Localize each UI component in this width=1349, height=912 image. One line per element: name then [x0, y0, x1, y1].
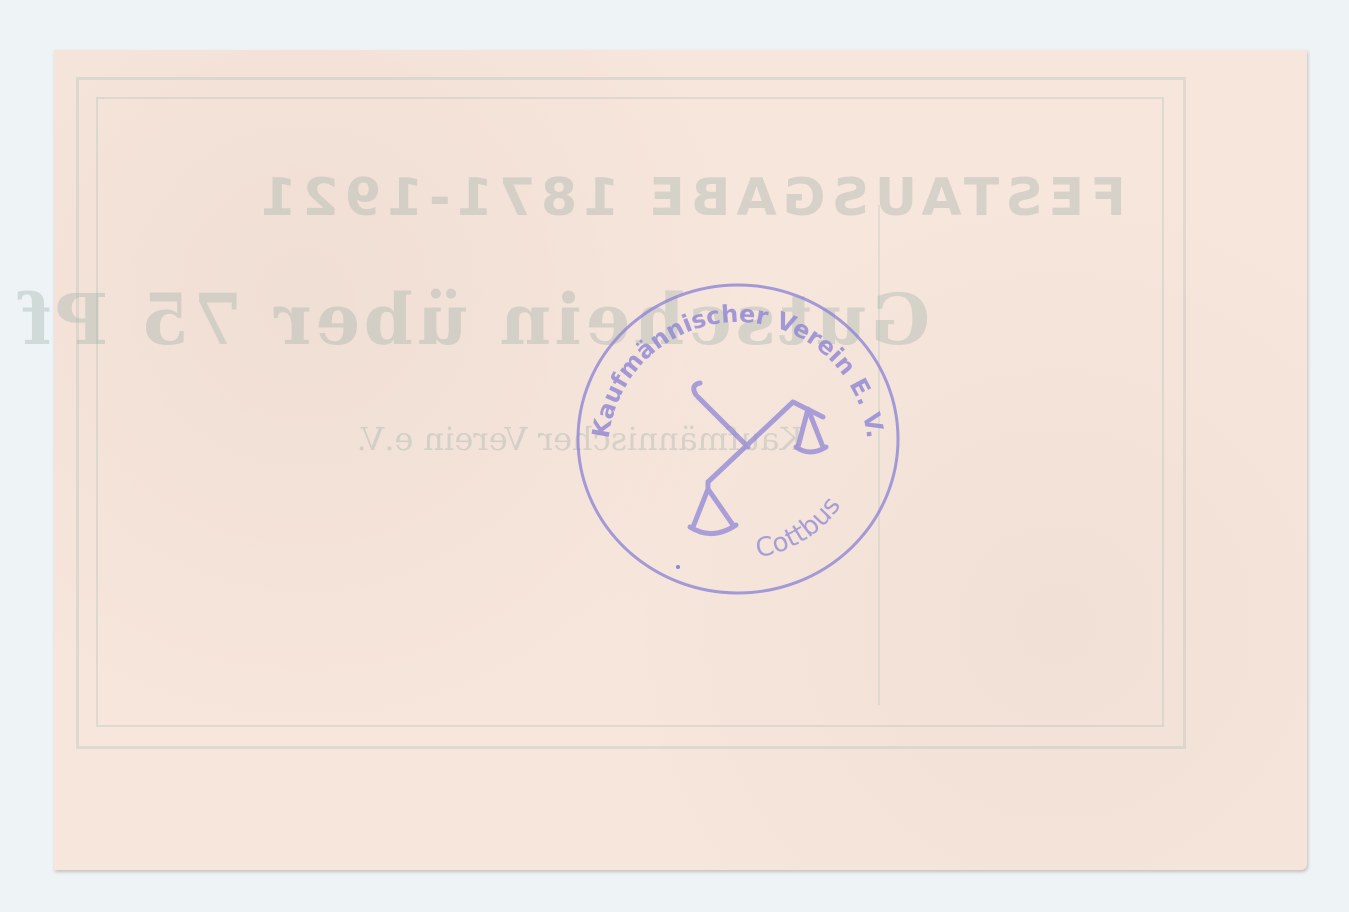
rubber-stamp: Kaufmännischer Verein E. V. Cottbus: [568, 277, 908, 597]
showthrough-right-panel: [878, 205, 1130, 705]
svg-text:Cottbus: Cottbus: [753, 491, 847, 564]
svg-text:Kaufmännischer Verein E. V.: Kaufmännischer Verein E. V.: [587, 300, 890, 440]
stamp-emblem-icon: Kaufmännischer Verein E. V. Cottbus: [568, 277, 908, 597]
